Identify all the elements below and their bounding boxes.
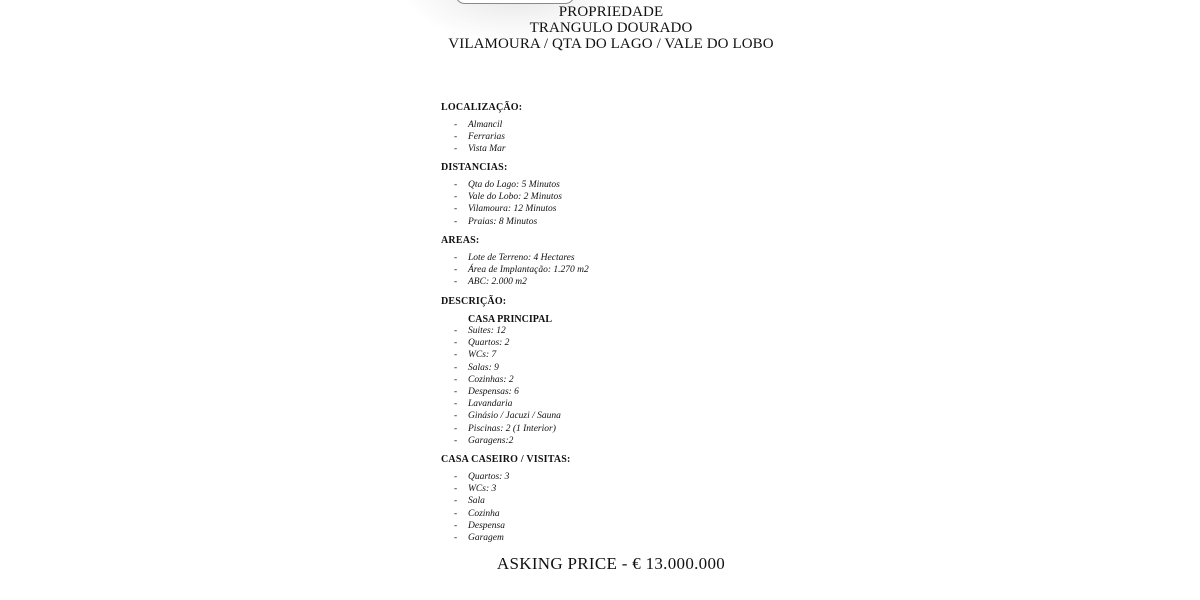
bullet-dash: -	[454, 436, 457, 446]
section-heading-casa-caseiro: CASA CASEIRO / VISITAS:	[441, 454, 571, 465]
bullet-dash: -	[454, 496, 457, 506]
bullet-dash: -	[454, 277, 457, 287]
bullet-dash: -	[454, 253, 457, 263]
list-item-text: Qta do Lago: 5 Minutos	[468, 180, 560, 190]
bullet-dash: -	[454, 533, 457, 543]
list-item-text: Praias: 8 Minutos	[468, 217, 537, 227]
list-item-text: Cozinha	[468, 509, 500, 519]
list-item-text: Suites: 12	[468, 326, 506, 336]
bullet-dash: -	[454, 399, 457, 409]
list-item-text: Área de Implantação: 1.270 m2	[468, 265, 589, 275]
list-item-text: Despensas: 6	[468, 387, 519, 397]
title-line-1: PROPRIEDADE	[0, 4, 1200, 20]
bullet-dash: -	[454, 363, 457, 373]
list-item-text: Garagens:2	[468, 436, 513, 446]
bullet-dash: -	[454, 509, 457, 519]
bullet-dash: -	[454, 204, 457, 214]
list-item-text: Piscinas: 2 (1 Interior)	[468, 424, 556, 434]
bullet-dash: -	[454, 484, 457, 494]
section-heading-areas: AREAS:	[441, 235, 479, 246]
asking-price: ASKING PRICE - € 13.000.000	[0, 554, 1200, 574]
list-item-text: Quartos: 2	[468, 338, 509, 348]
bullet-dash: -	[454, 265, 457, 275]
list-item-text: Garagem	[468, 533, 504, 543]
bullet-dash: -	[454, 326, 457, 336]
bullet-dash: -	[454, 424, 457, 434]
list-item-text: Vista Mar	[468, 144, 506, 154]
list-item-text: WCs: 3	[468, 484, 496, 494]
bullet-dash: -	[454, 387, 457, 397]
bullet-dash: -	[454, 375, 457, 385]
bullet-dash: -	[454, 192, 457, 202]
bullet-dash: -	[454, 180, 457, 190]
list-item-text: Vale do Lobo: 2 Minutos	[468, 192, 562, 202]
list-item-text: Ginásio / Jacuzi / Sauna	[468, 411, 561, 421]
list-item-text: Sala	[468, 496, 485, 506]
bullet-dash: -	[454, 120, 457, 130]
section-heading-distancias: DISTANCIAS:	[441, 162, 507, 173]
bullet-dash: -	[454, 217, 457, 227]
list-item-text: Lote de Terreno: 4 Hectares	[468, 253, 575, 263]
title-line-2: TRANGULO DOURADO	[0, 20, 1200, 36]
list-item-text: Vilamoura: 12 Minutos	[468, 204, 557, 214]
bullet-dash: -	[454, 411, 457, 421]
bullet-dash: -	[454, 132, 457, 142]
bullet-dash: -	[454, 521, 457, 531]
list-item-text: ABC: 2.000 m2	[468, 277, 527, 287]
list-item-text: WCs: 7	[468, 350, 496, 360]
list-item-text: Despensa	[468, 521, 505, 531]
title-line-3: VILAMOURA / QTA DO LAGO / VALE DO LOBO	[0, 36, 1200, 52]
section-heading-descricao: DESCRIÇÃO:	[441, 296, 506, 307]
list-item-text: Almancil	[468, 120, 502, 130]
subheading-casa-principal: CASA PRINCIPAL	[468, 314, 552, 325]
bullet-dash: -	[454, 144, 457, 154]
list-item-text: Lavandaria	[468, 399, 512, 409]
bullet-dash: -	[454, 350, 457, 360]
list-item-text: Quartos: 3	[468, 472, 509, 482]
list-item-text: Cozinhas: 2	[468, 375, 514, 385]
list-item-text: Salas: 9	[468, 363, 499, 373]
list-item-text: Ferrarias	[468, 132, 505, 142]
bullet-dash: -	[454, 472, 457, 482]
bullet-dash: -	[454, 338, 457, 348]
section-heading-localizacao: LOCALIZAÇÃO:	[441, 102, 522, 113]
